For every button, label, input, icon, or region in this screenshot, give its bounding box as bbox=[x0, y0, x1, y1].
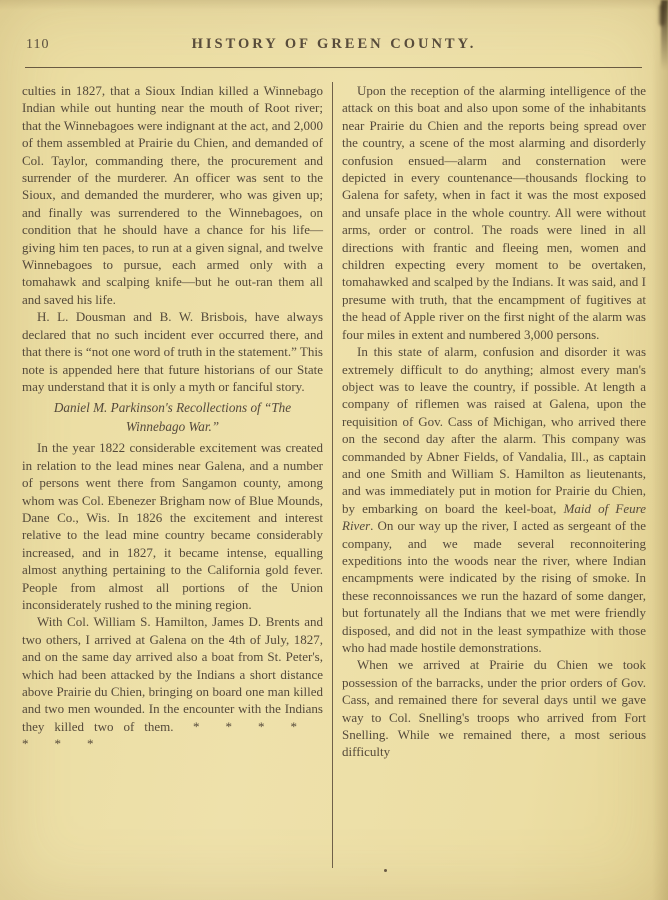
ink-speck bbox=[384, 869, 387, 872]
page-title: HISTORY OF GREEN COUNTY. bbox=[0, 36, 668, 53]
paragraph: With Col. William S. Hamilton, James D. … bbox=[22, 613, 323, 752]
text-run: With Col. William S. Hamilton, James D. … bbox=[22, 614, 323, 751]
text-run: In the year 1822 considerable excitement… bbox=[22, 440, 323, 612]
paragraph: H. L. Dousman and B. W. Brisbois, have a… bbox=[22, 308, 323, 395]
left-column: culties in 1827, that a Sioux Indian kil… bbox=[22, 82, 333, 868]
scan-top-shadow bbox=[0, 0, 668, 10]
text-run: When we arrived at Prairie du Chien we t… bbox=[342, 657, 646, 759]
text-run: H. L. Dousman and B. W. Brisbois, have a… bbox=[22, 309, 323, 394]
paragraph: culties in 1827, that a Sioux Indian kil… bbox=[22, 82, 323, 308]
paragraph: When we arrived at Prairie du Chien we t… bbox=[342, 656, 646, 760]
scan-corner-mark bbox=[659, 4, 665, 26]
section-heading: Daniel M. Parkinson's Recollections of “… bbox=[28, 399, 317, 436]
text-run: . On our way up the river, I acted as se… bbox=[342, 518, 646, 655]
paragraph: Upon the reception of the alarming intel… bbox=[342, 82, 646, 343]
text-columns: culties in 1827, that a Sioux Indian kil… bbox=[22, 82, 646, 868]
text-run: In this state of alarm, confusion and di… bbox=[342, 344, 646, 516]
text-run: Daniel M. Parkinson's Recollections of “… bbox=[54, 400, 291, 434]
paragraph: In this state of alarm, confusion and di… bbox=[342, 343, 646, 656]
text-run: Upon the reception of the alarming intel… bbox=[342, 83, 646, 342]
text-run: culties in 1827, that a Sioux Indian kil… bbox=[22, 83, 323, 307]
header-rule bbox=[25, 67, 642, 68]
book-page-scan: 110 HISTORY OF GREEN COUNTY. culties in … bbox=[0, 0, 668, 900]
paragraph: In the year 1822 considerable excitement… bbox=[22, 439, 323, 613]
right-column: Upon the reception of the alarming intel… bbox=[333, 82, 646, 868]
scan-right-shadow bbox=[652, 0, 668, 900]
